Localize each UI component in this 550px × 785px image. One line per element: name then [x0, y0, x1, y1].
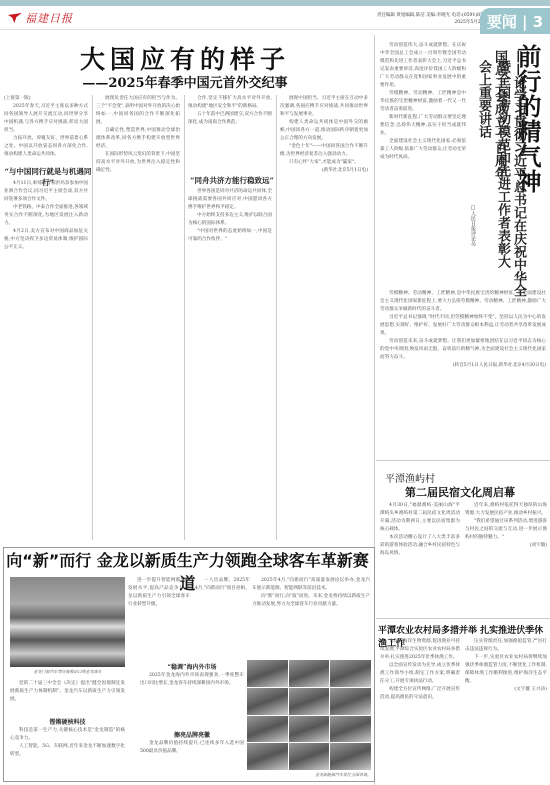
brief1-byline: (刘宇璇): [465, 542, 547, 550]
bus-photo: [330, 743, 371, 770]
column-divider: [276, 95, 277, 540]
lead-subhead-2: “同舟共济方能行稳致远”: [188, 175, 276, 186]
right-article-body-2: 劳模精神、劳动精神、工匠精神,是中华民族宝贵的精神财富。在全面建设社会主义现代化…: [380, 290, 546, 450]
logo-text: 福建日报: [25, 10, 73, 26]
editors-line: 责任编辑 黄旭编辑,陈洁 美编:李晓光 电话:(0591)87095351: [320, 12, 500, 19]
feature-column-2: 一人出品牌。2025年4月,"向新而行"项目亮相。: [195, 577, 250, 647]
feature-photo-grid: [247, 660, 371, 770]
masthead: 福建日报 责任编辑 黄旭编辑,陈洁 美编:李晓光 电话:(0591)870953…: [0, 6, 550, 30]
lead-article-title: 大国应有的样子: [0, 40, 370, 76]
editors-info: 责任编辑 黄旭编辑,陈洁 美编:李晓光 电话:(0591)87095351 20…: [320, 12, 500, 26]
bus-photo: [247, 716, 288, 743]
lead-column-2: 展现负责任大国应有的担当与作为。三个"不会变",表明中国对外开放的决心始终如一,…: [96, 95, 180, 540]
bus-photo: [330, 660, 371, 687]
feature-column-1c: 科技是第一生产力,关键核心技术是"金龙制造"的核心竞争力。 人工智能、5G、车联…: [10, 727, 125, 779]
section-divider: [376, 618, 550, 619]
feature-photo1-caption: 金龙门前汽车等待装载出口的金龙客车: [10, 669, 125, 675]
bus-photo: [289, 716, 330, 743]
feature-column-1b: 党的二十届三中全会《决定》提出"健全因地制宜发展新质生产力体制机制"。金龙汽车以…: [10, 680, 125, 715]
feature-column-2b: 2025年金龙海内外市场表现强劲,一季度整车出口同比增长,金龙客车持续深耕国内外…: [140, 672, 244, 727]
brief1-title-line1: 平潭渔屿村: [385, 470, 435, 485]
lead-column-1b: 4月11日,柬埔寨首相洪玛奈参加中国亚洲合作会议,同习近平主席会谈,双方共同签署…: [4, 180, 88, 540]
bus-photo: [330, 716, 371, 743]
right-source-note: (转自5月1日人民日报,新华社北京4月30日电): [380, 362, 546, 370]
feature-column-1: 进一步提升智能网联汽车发展水平,提高产品竞争力,金龙以新质生产力引领全球客车行业…: [128, 577, 190, 667]
lead-article-subtitle: ——2025年春季中国元首外交纪事: [0, 72, 370, 91]
bus-photo: [247, 688, 288, 715]
brief1-column-2: 近年来,渔屿村依托得天独厚的山海资源,大力发展民宿产业,推动乡村振兴。 "我们希…: [465, 502, 547, 617]
lead-column-3b: 世界各国是同舟共济的命运共同体,全球挑战需要各国共同应对,中国愿同各方携手维护世…: [188, 188, 272, 540]
brief2-column-1: 为保护海洋生物资源,促进渔业可持续发展,平潭综合实验区农业农村局多措并举,扎实推…: [380, 638, 460, 783]
date-line: 2025年5月2日 星期五: [320, 19, 500, 26]
bus-photo: [247, 660, 288, 687]
brief1-title-line2: 第二届民宿文化周启幕: [405, 484, 515, 500]
feature-column-3: 2025年4月,"向新而行"高质量发展论坛举办,金龙汽车展示新能源、智能网联等前…: [252, 577, 370, 657]
logo-mark-icon: [8, 13, 22, 23]
lead-byline: (新华社北京5月1日电): [280, 167, 368, 175]
bus-photo: [289, 688, 330, 715]
brief2-column-2: 压实管理责任,加强渔船监管,严厉打击违法违规行为。 下一步,实验区农业农村局将继…: [465, 638, 547, 783]
brief2-byline: (文宇璇 王兴涛): [465, 686, 547, 694]
column-divider: [184, 95, 185, 540]
lead-column-4: 展现中国担当。习近平主席在互动中多次强调,各国应携手应对挑战,共同推动世界和平与…: [280, 95, 368, 540]
feature-subhead-brand: 擦亮品牌亮徽: [140, 730, 244, 739]
feature-subhead-tech: 铿锵硬核科技: [10, 717, 125, 726]
column-divider: [92, 95, 93, 540]
feature-subhead-market: “稳调”海内外市场: [140, 662, 244, 671]
section-tab: 要闻 | 3: [480, 8, 550, 34]
brief1-column-1: 4月30日,"福鼎渔屿·美丽山海"平潭屿头乡渔屿村第二届民宿文化周活动开幕,活动…: [380, 502, 460, 617]
feature-photo2-caption: 金龙新能源汽车发往全国各地。: [247, 772, 371, 778]
right-article-subtitle-2: 暨全国劳动模范和先进工作者表彰大会上重要讲话: [474, 60, 512, 270]
right-article-byline: □人民日报评论员: [470, 205, 477, 246]
lead-column-3a: 合作,坚定不移扩大高水平对外开放,推动构建"地区安全和平"的新格局。 五十年前中…: [188, 95, 272, 175]
newspaper-logo: 福建日报: [8, 10, 73, 26]
bus-photo: [247, 743, 288, 770]
bus-photo: [289, 660, 330, 687]
feature-photo-port: [10, 577, 125, 667]
continued-note: (上接第一版): [4, 95, 88, 103]
feature-column-2c: 金龙品牌价值持续提升,已连续多年入选中国500最具价值品牌。: [140, 740, 244, 780]
bus-photo: [330, 688, 371, 715]
section-divider: [376, 460, 550, 461]
bus-photo: [289, 743, 330, 770]
